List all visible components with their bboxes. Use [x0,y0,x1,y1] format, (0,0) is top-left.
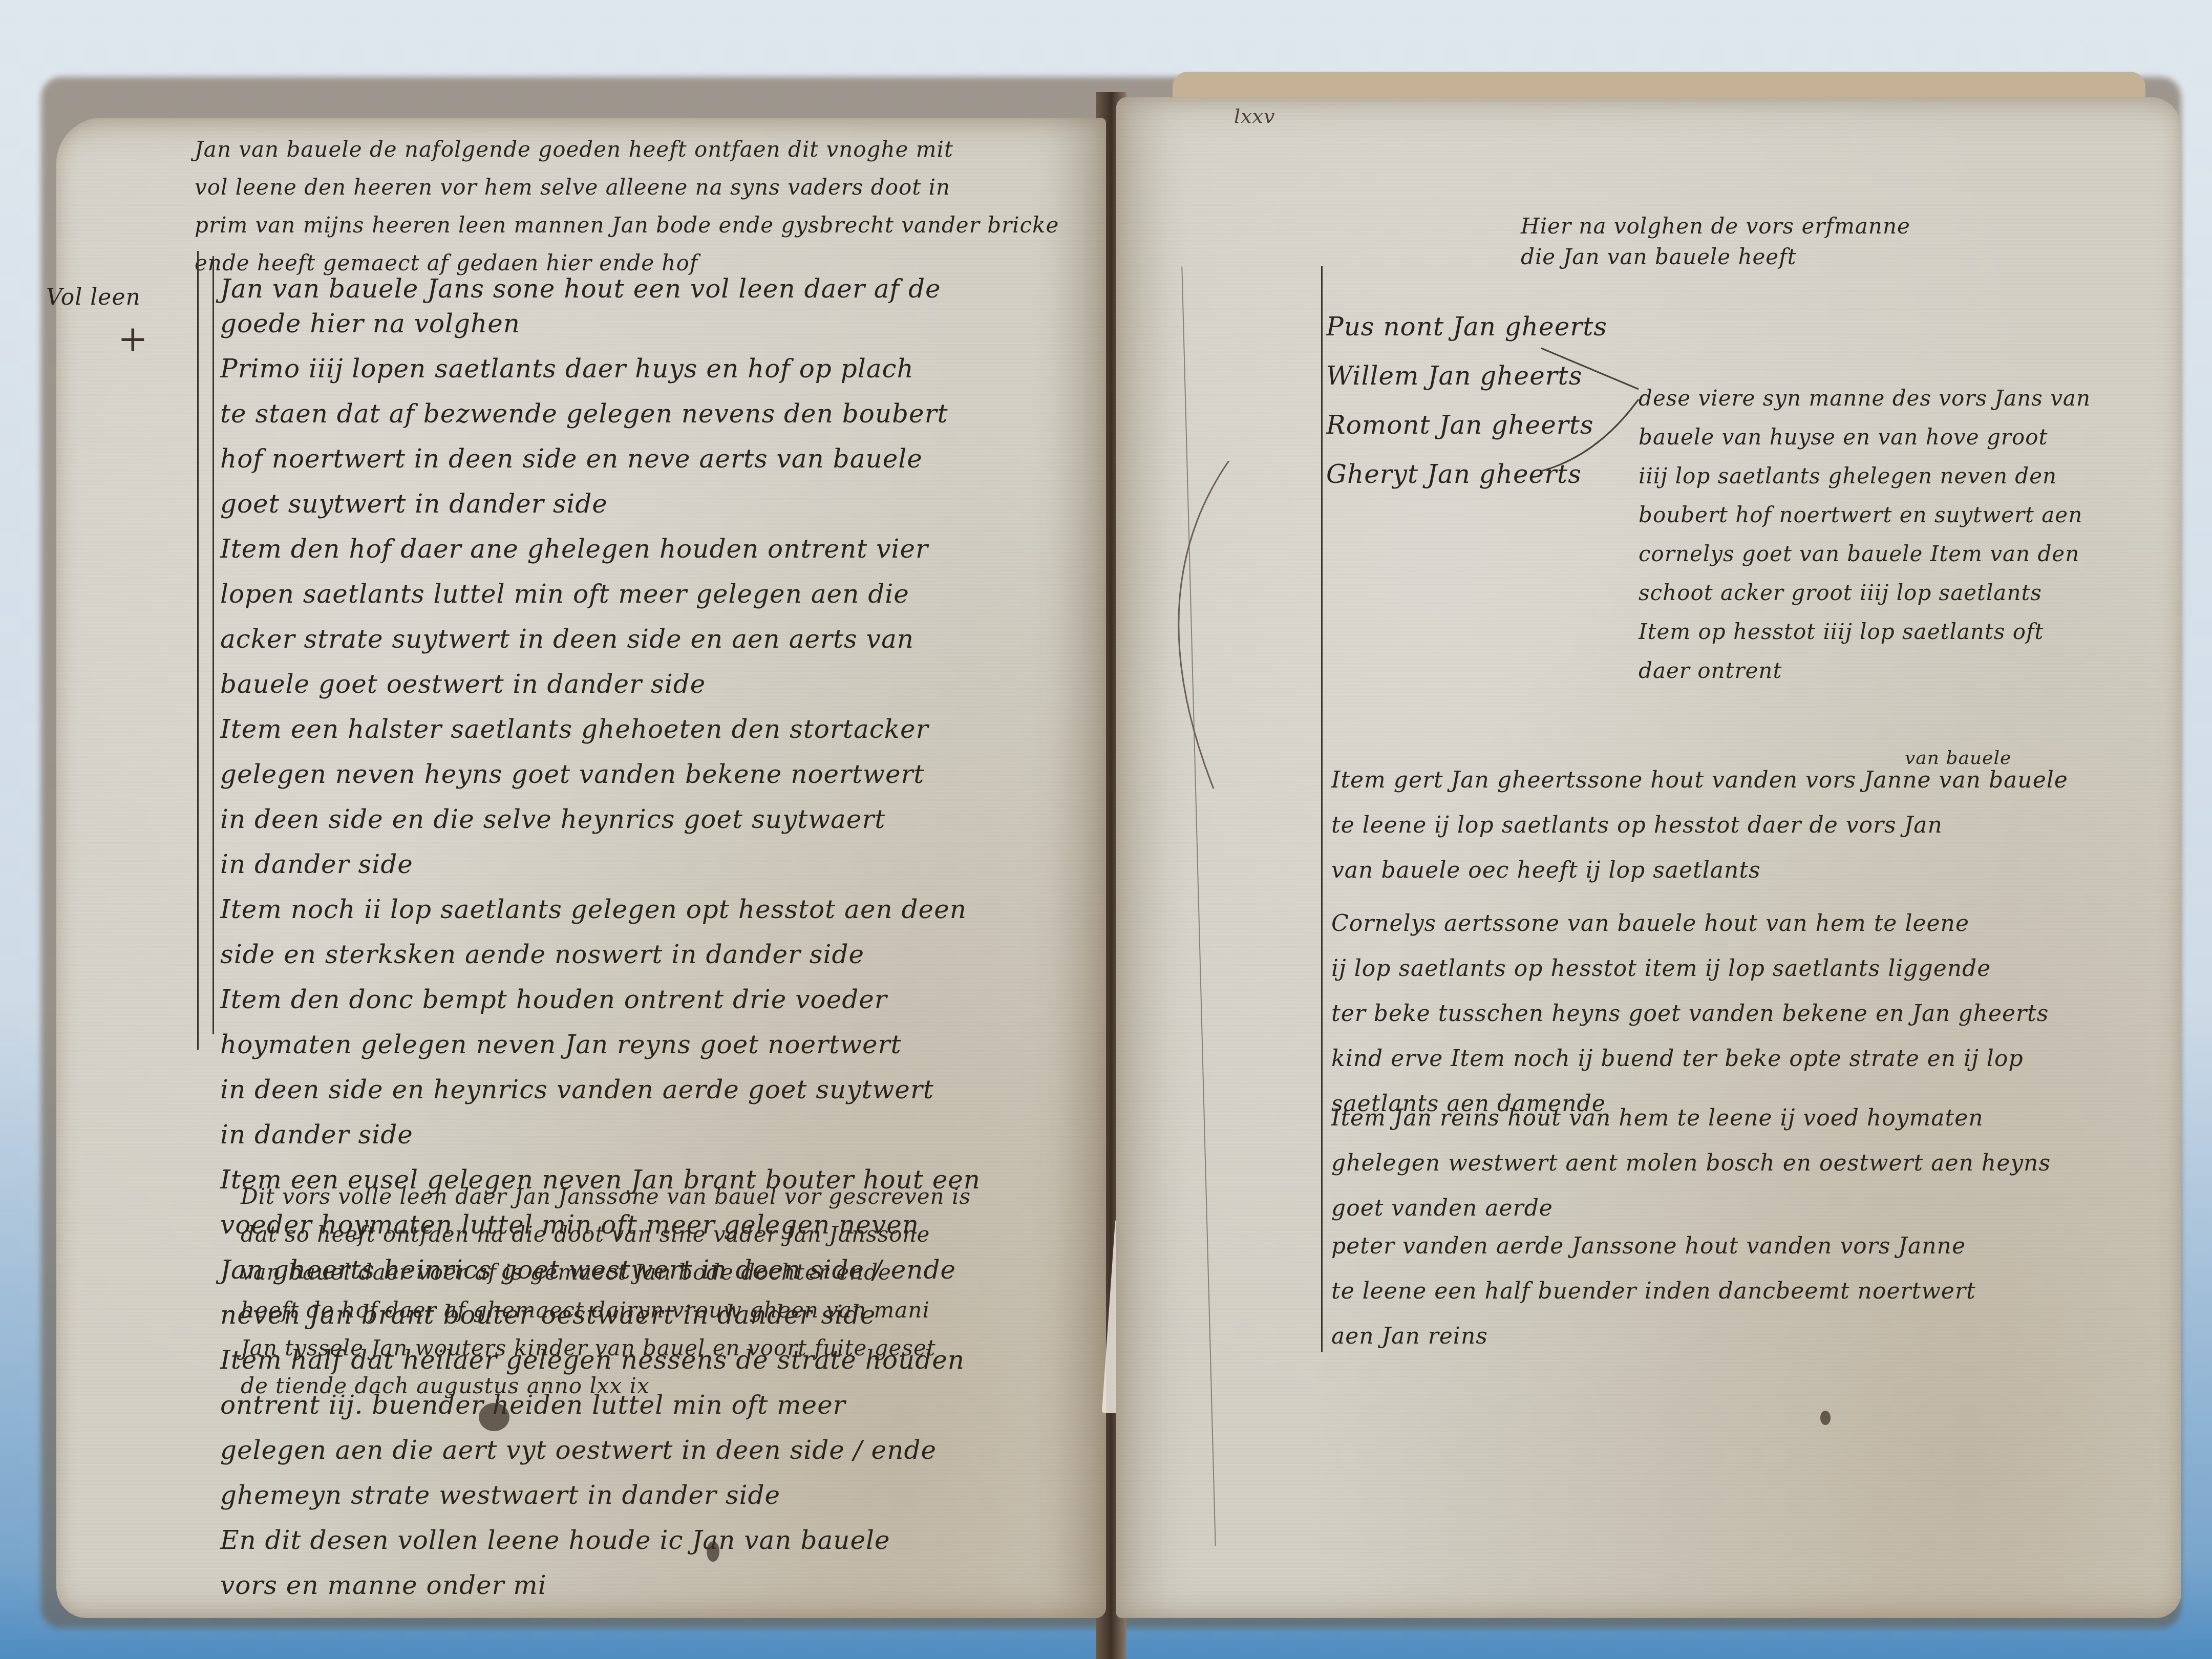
entry-line: Item Jan reins hout van hem te leene ij … [1331,1096,2051,1141]
entry-line: Primo iiij lopen saetlants daer huys en … [220,346,981,391]
footer-line: dat so heeft ontfaen na die doot van sin… [241,1216,971,1253]
cross-mark: + [118,317,148,359]
note-line: daer ontrent [1639,651,2091,690]
entry-line: in deen side en heynrics vanden aerde go… [220,1067,981,1112]
right-margin-rule [1321,266,1323,1352]
left-margin-rule-inner [212,256,214,1034]
entry-line: ghelegen westwert aent molen bosch en oe… [1331,1141,2051,1186]
entry-line: te leene ij lop saetlants op hesstot dae… [1331,803,2068,848]
margin-label: Vol leen [46,284,141,310]
entry-line: peter vanden aerde Janssone hout vanden … [1331,1224,1976,1269]
footer-line: Dit vors volle leen daer Jan Janssone va… [241,1178,971,1216]
right-entry-4: peter vanden aerde Janssone hout vanden … [1331,1224,1976,1359]
entry-line: gelegen aen die aert vyt oestwert in dee… [220,1428,981,1473]
entry-line: in dander side [220,842,981,887]
entry-line: hoymaten gelegen neven Jan reyns goet no… [220,1022,981,1067]
footer-line: de tiende dach augustus anno lxx ix [241,1367,971,1405]
note-line: bauele van huyse en van hove groot [1639,418,2091,457]
ink-stain [479,1403,509,1431]
left-entries: Jan van bauele Jans sone hout een vol le… [220,266,981,1608]
entry-line: ter beke tusschen heyns goet vanden beke… [1331,991,2049,1036]
left-margin-rule [197,251,199,1050]
entry-line: lopen saetlants luttel min oft meer gele… [220,571,981,616]
entry-line: side en sterksken aende noswert in dande… [220,932,981,977]
entry-line: Item gert Jan gheertssone hout vanden vo… [1331,758,2068,803]
entry-line: Item noch ii lop saetlants gelegen opt h… [220,887,981,932]
entry-line: van bauele oec heeft ij lop saetlants [1331,848,2068,893]
note-line: boubert hof noertwert en suytwert aen [1639,496,2091,535]
left-header-note: Jan van bauele de nafolgende goeden heef… [195,131,1059,282]
entry-line: Item den hof daer ane ghelegen houden on… [220,526,981,571]
entry-line: Item den donc bempt houden ontrent drie … [220,977,981,1022]
right-heading: Hier na volghen de vors erfmanne die Jan… [1521,207,1910,276]
entry-line: aen Jan reins [1331,1314,1976,1359]
header-line: vol leene den heeren vor hem selve allee… [195,168,1059,206]
note-line: dese viere syn manne des vors Jans van [1639,379,2091,418]
right-entry-2: Cornelys aertssone van bauele hout van h… [1331,901,2049,1126]
bracket-note: dese viere syn manne des vors Jans van b… [1639,379,2091,690]
pencil-arc [1147,461,1249,1050]
entry-line: te leene een half buender inden dancbeem… [1331,1269,1976,1314]
entry-line: ij lop saetlants op hesstot item ij lop … [1331,946,2049,991]
right-entry-3: Item Jan reins hout van hem te leene ij … [1331,1096,2051,1231]
entry-line: vors en manne onder mi [220,1563,981,1608]
bracket-lines [1536,328,1649,481]
footer-line: heeft de hof daer af ghemaect dairyn vro… [241,1291,971,1329]
ink-spot [1820,1411,1831,1425]
entry-line: ghemeyn strate westwaert in dander side [220,1473,981,1518]
entry-line: Item een halster saetlants ghehoeten den… [220,707,981,752]
entry-line: goet suytwert in dander side [220,481,981,526]
folio-number: lxxv [1234,105,1275,127]
entry-line: hof noertwert in deen side en neve aerts… [220,436,981,481]
entry-line: kind erve Item noch ij buend ter beke op… [1331,1036,2049,1081]
entry-line: Cornelys aertssone van bauele hout van h… [1331,901,2049,946]
note-line: schoot acker groot iiij lop saetlants [1639,573,2091,612]
entry-line: te staen dat af bezwende gelegen nevens … [220,391,981,436]
note-line: Item op hesstot iiij lop saetlants oft [1639,612,2091,651]
header-line: prim van mijns heeren leen mannen Jan bo… [195,206,1059,244]
header-line: Jan van bauele de nafolgende goeden heef… [195,131,1059,168]
entry-line: in dander side [220,1112,981,1157]
entry-line: acker strate suytwert in deen side en ae… [220,616,981,662]
entry-line: gelegen neven heyns goet vanden bekene n… [220,752,981,797]
note-line: iiij lop saetlants ghelegen neven den [1639,457,2091,496]
left-footer-note: Dit vors volle leen daer Jan Janssone va… [241,1178,971,1405]
footer-line: Jan tyssele Jan wouters kinder van bauel… [241,1329,971,1367]
right-entry-1: Item gert Jan gheertssone hout vanden vo… [1331,758,2068,893]
entry-line: bauele goet oestwert in dander side [220,662,981,707]
footer-line: van bauel daer voer af is gemaect Jan bo… [241,1253,971,1291]
entry-line: in deen side en die selve heynrics goet … [220,797,981,842]
note-line: cornelys goet van bauele Item van den [1639,535,2091,573]
ink-stain [707,1541,719,1562]
entry-line: En dit desen vollen leene houde ic Jan v… [220,1518,981,1563]
